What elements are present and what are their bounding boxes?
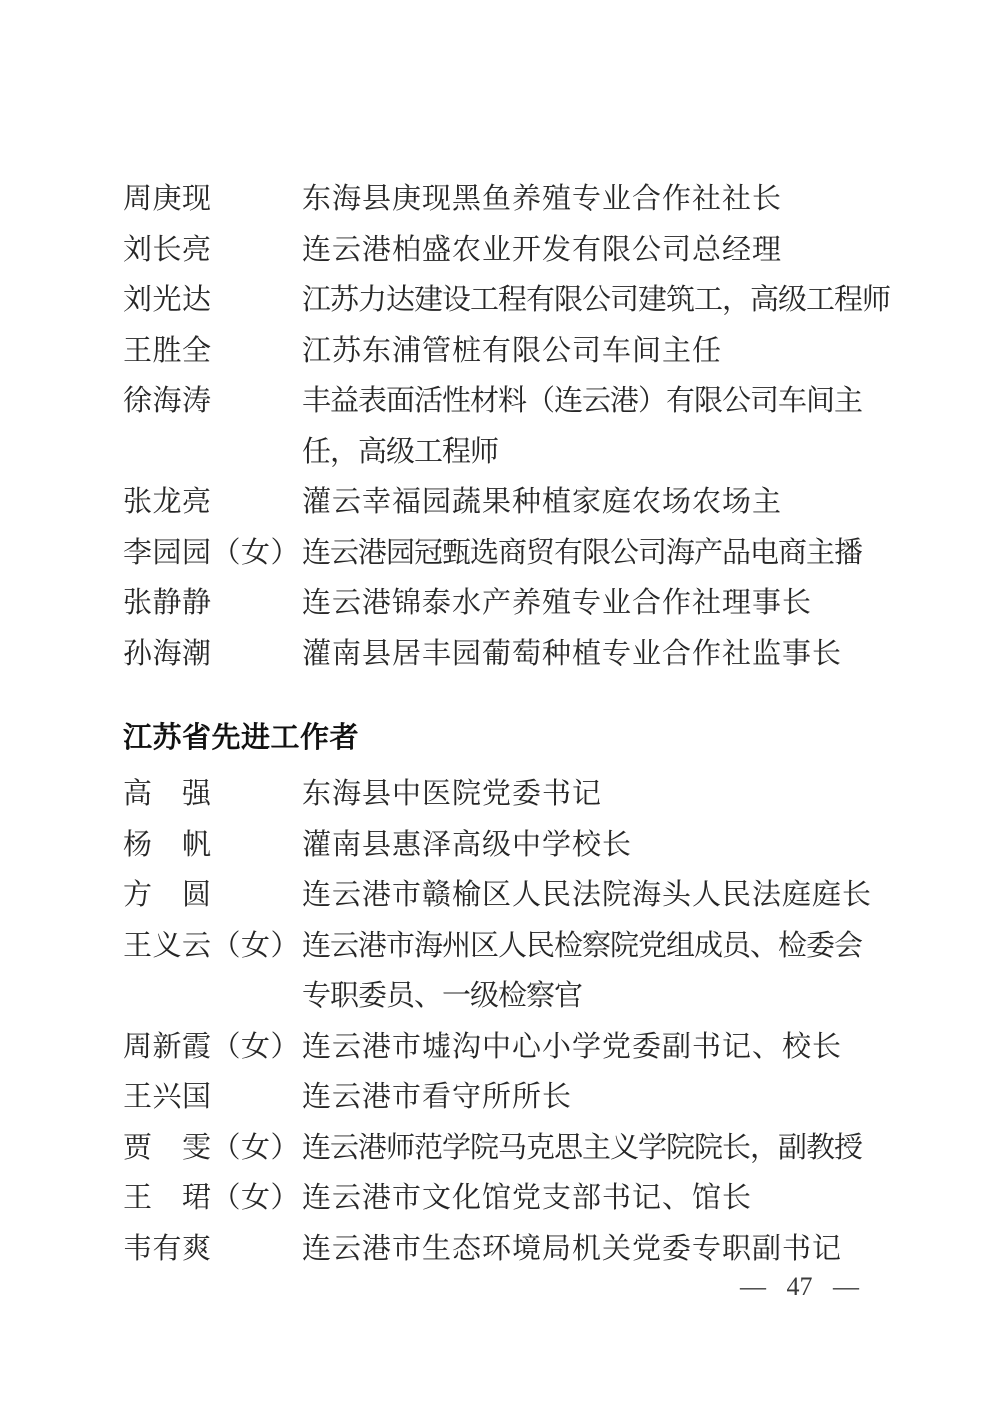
award-entry: 周庚现 东海县庚现黑鱼养殖专业合作社社长 [123,174,913,225]
awardee-position: 连云港柏盛农业开发有限公司总经理 [302,225,912,276]
awardee-name: 张静静 [123,578,302,629]
award-entry: 方 圆 连云港市赣榆区人民法院海头人民法庭庭长 [123,870,913,921]
awardee-name: 王 珺（女） [123,1173,302,1224]
award-entry: 王义云（女） 连云港市海州区人民检察院党组成员、检委会 专职委员、一级检察官 [123,921,913,1022]
awardee-name: 贾 雯（女） [123,1123,302,1174]
awardee-name: 刘光达 [123,275,302,326]
award-entry: 王 珺（女） 连云港市文化馆党支部书记、馆长 [123,1173,913,1224]
award-entry: 周新霞（女） 连云港市墟沟中心小学党委副书记、校长 [123,1022,913,1073]
awardee-position: 连云港市看守所所长 [302,1072,912,1123]
award-entry: 孙海潮 灌南县居丰园葡萄种植专业合作社监事长 [123,629,913,680]
awardee-name: 孙海潮 [123,629,302,680]
awardee-name: 李园园（女） [123,528,302,579]
awardee-name: 徐海涛 [123,376,302,427]
award-entry: 徐海涛 丰益表面活性材料（连云港）有限公司车间主 任，高级工程师 [123,376,913,477]
awardee-position: 连云港市海州区人民检察院党组成员、检委会 专职委员、一级检察官 [302,921,912,1022]
awardee-position: 东海县中医院党委书记 [302,769,912,820]
award-entry: 贾 雯（女） 连云港师范学院马克思主义学院院长，副教授 [123,1123,913,1174]
awardee-name: 周新霞（女） [123,1022,302,1073]
awardee-name: 张龙亮 [123,477,302,528]
awardee-position: 江苏力达建设工程有限公司建筑工，高级工程师 [302,275,912,326]
awardee-section-model-workers: 周庚现 东海县庚现黑鱼养殖专业合作社社长 刘长亮 连云港柏盛农业开发有限公司总经… [123,174,913,679]
awardee-section-advanced-workers: 高 强 东海县中医院党委书记 杨 帆 灌南县惠泽高级中学校长 方 圆 连云港市赣… [123,769,913,1274]
awardee-name: 高 强 [123,769,302,820]
award-entry: 李园园（女） 连云港园冠甄选商贸有限公司海产品电商主播 [123,528,913,579]
awardee-position: 连云港锦泰水产养殖专业合作社理事长 [302,578,912,629]
awardee-position: 连云港市生态环境局机关党委专职副书记 [302,1224,912,1275]
awardee-name: 王胜全 [123,326,302,377]
awardee-position: 连云港市赣榆区人民法院海头人民法庭庭长 [302,870,912,921]
award-entry: 张龙亮 灌云幸福园蔬果种植家庭农场农场主 [123,477,913,528]
awardee-name: 方 圆 [123,870,302,921]
awardee-name: 周庚现 [123,174,302,225]
awardee-position: 连云港市文化馆党支部书记、馆长 [302,1173,912,1224]
award-entry: 韦有爽 连云港市生态环境局机关党委专职副书记 [123,1224,913,1275]
award-entry: 高 强 东海县中医院党委书记 [123,769,913,820]
page-number: — 47 — [740,1272,859,1302]
awardee-name: 韦有爽 [123,1224,302,1275]
awardee-position: 东海县庚现黑鱼养殖专业合作社社长 [302,174,912,225]
awardee-position: 连云港师范学院马克思主义学院院长，副教授 [302,1123,912,1174]
awardee-position: 灌南县惠泽高级中学校长 [302,820,912,871]
awardee-position: 灌南县居丰园葡萄种植专业合作社监事长 [302,629,912,680]
award-entry: 刘长亮 连云港柏盛农业开发有限公司总经理 [123,225,913,276]
award-entry: 刘光达 江苏力达建设工程有限公司建筑工，高级工程师 [123,275,913,326]
awardee-name: 王义云（女） [123,921,302,972]
awardee-position: 连云港园冠甄选商贸有限公司海产品电商主播 [302,528,912,579]
document-page: 周庚现 东海县庚现黑鱼养殖专业合作社社长 刘长亮 连云港柏盛农业开发有限公司总经… [0,0,1000,1414]
award-entry: 王胜全 江苏东浦管桩有限公司车间主任 [123,326,913,377]
awardee-position: 连云港市墟沟中心小学党委副书记、校长 [302,1022,912,1073]
document-content: 周庚现 东海县庚现黑鱼养殖专业合作社社长 刘长亮 连云港柏盛农业开发有限公司总经… [123,0,913,1274]
awardee-name: 王兴国 [123,1072,302,1123]
award-entry: 张静静 连云港锦泰水产养殖专业合作社理事长 [123,578,913,629]
awardee-name: 刘长亮 [123,225,302,276]
awardee-name: 杨 帆 [123,820,302,871]
awardee-position: 灌云幸福园蔬果种植家庭农场农场主 [302,477,912,528]
award-entry: 王兴国 连云港市看守所所长 [123,1072,913,1123]
awardee-position: 江苏东浦管桩有限公司车间主任 [302,326,912,377]
section-heading: 江苏省先进工作者 [123,719,913,757]
awardee-position: 丰益表面活性材料（连云港）有限公司车间主 任，高级工程师 [302,376,912,477]
award-entry: 杨 帆 灌南县惠泽高级中学校长 [123,820,913,871]
